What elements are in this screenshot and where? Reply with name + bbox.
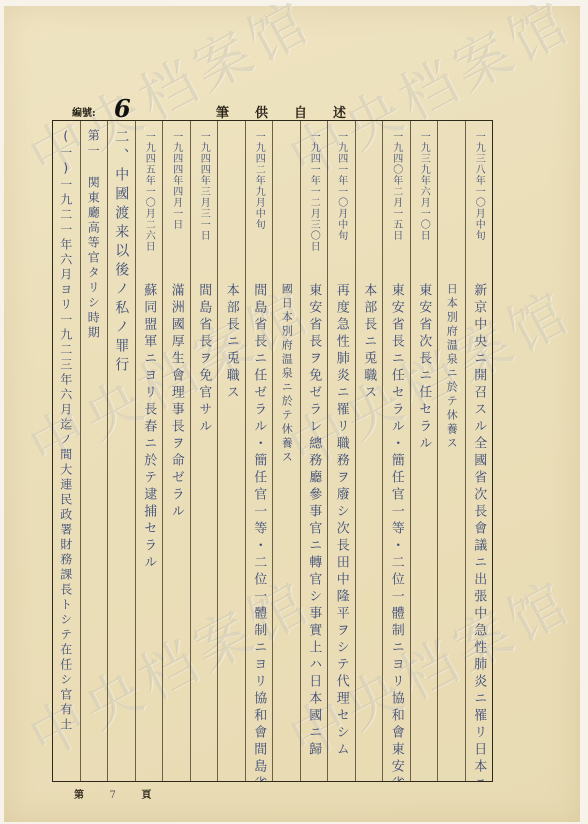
text-column: 日本別府温泉ニ於テ休養ス (437, 121, 465, 781)
document-header: 編號: 6 筆 供 自 述 (4, 98, 580, 122)
entry-text: 間島省長ニ任ゼラル・簡任官一等・二位一體制ニヨリ協和會間島省 (249, 283, 268, 781)
entry-date: 一九四一年一〇月中旬 (334, 131, 349, 241)
entry-text: 第一 関東廳高等官タリシ時期 (85, 129, 102, 341)
title-char: 供 (255, 102, 268, 121)
page-prefix: 第 (74, 786, 84, 801)
document-title: 筆 供 自 述 (216, 102, 346, 121)
entry-text: 蘇同盟軍ニヨリ長春ニ於テ逮捕セラル (139, 283, 158, 572)
text-column: 一九四五年一〇月二六日蘇同盟軍ニヨリ長春ニ於テ逮捕セラル (135, 121, 163, 781)
text-column: 一九四二年九月中旬間島省長ニ任ゼラル・簡任官一等・二位一體制ニヨリ協和會間島省 (245, 121, 273, 781)
entry-date: 一九四四年三月三一日 (196, 131, 211, 241)
page-footer: 第 7 頁 (74, 786, 173, 801)
title-char: 筆 (216, 102, 229, 121)
entry-date: 一九四四年四月一日 (169, 131, 184, 230)
entry-date: 一九四二年九月中旬 (251, 131, 266, 230)
entry-text: (一)一九二一年六月ヨリ一九二三年六月迄ノ間大連民政署財務課長トシテ在任シ官有土 (58, 129, 75, 733)
entry-date: 一九四五年一〇月二六日 (141, 131, 156, 252)
title-char: 述 (333, 102, 346, 121)
entry-text: 東安省次長ニ任セラル (414, 283, 433, 453)
text-column: 本部長ニ兎職ス (355, 121, 383, 781)
page-suffix: 頁 (141, 786, 151, 801)
page-number: 7 (109, 790, 115, 801)
entry-date: 一九三八年一〇月中旬 (471, 131, 486, 241)
entry-text: 本部長ニ兎職ス (359, 283, 378, 402)
entry-text: 本部長ニ兎職ス (222, 283, 241, 402)
section-heading: 二、中國渡来以後ノ私ノ罪行 (111, 129, 131, 376)
document-page: 中央档案馆 中央档案馆 中央档案馆 中央档案馆 中央档案馆 中央档案馆 編號: … (4, 6, 580, 822)
text-column: 第一 関東廳高等官タリシ時期 (80, 121, 108, 781)
entry-date: 一九四一年一二月三〇日 (306, 131, 321, 252)
entry-text: 日本別府温泉ニ於テ休養ス (443, 283, 459, 451)
entry-text: 再度急性肺炎ニ罹リ職務ヲ廢シ次長田中隆平ヲシテ代理セシム (332, 283, 351, 759)
entry-text: 東安省長ニ任セラル・簡任官一等・二位一體制ニヨリ協和會東安省 (387, 283, 406, 781)
ruled-writing-table: 一九三八年一〇月中旬新京中央ニ開召スル全國省次長會議ニ出張中急性肺炎ニ罹リ日本ニ… (52, 120, 493, 782)
text-column: 一九四四年四月一日滿洲國厚生會理事長ヲ命ゼラル (162, 121, 190, 781)
entry-text: 間島省長ヲ免官サル (194, 283, 213, 436)
text-column: 一九四四年三月三一日間島省長ヲ免官サル (190, 121, 218, 781)
text-column: 一九四一年一二月三〇日東安省長ヲ免ゼラレ總務廳參事官ニ轉官シ事實上ハ日本國ニ歸 (300, 121, 328, 781)
title-char: 自 (294, 102, 307, 121)
entry-text: 滿洲國厚生會理事長ヲ命ゼラル (167, 283, 186, 521)
entry-date: 一九四〇年二月一五日 (389, 131, 404, 241)
entry-date: 一九三九年六月一〇日 (416, 131, 431, 241)
text-column: 本部長ニ兎職ス (217, 121, 245, 781)
text-column: 一九四〇年二月一五日東安省長ニ任セラル・簡任官一等・二位一體制ニヨリ協和會東安省 (382, 121, 410, 781)
text-column: 一九三九年六月一〇日東安省次長ニ任セラル (410, 121, 438, 781)
text-column: 一九三八年一〇月中旬新京中央ニ開召スル全國省次長會議ニ出張中急性肺炎ニ罹リ日本ニ… (465, 121, 493, 781)
text-column: 一九四一年一〇月中旬再度急性肺炎ニ罹リ職務ヲ廢シ次長田中隆平ヲシテ代理セシム (327, 121, 355, 781)
serial-label: 編號: (72, 104, 96, 119)
text-column: 國日本別府温泉ニ於テ休養ス (272, 121, 300, 781)
text-column: 二、中國渡来以後ノ私ノ罪行 (107, 121, 135, 781)
serial-number: 6 (114, 94, 131, 123)
text-column: (一)一九二一年六月ヨリ一九二三年六月迄ノ間大連民政署財務課長トシテ在任シ官有土 (53, 121, 80, 781)
entry-text: 新京中央ニ開召スル全國省次長會議ニ出張中急性肺炎ニ罹リ日本ニ歸國 (469, 283, 488, 781)
entry-text: 東安省長ヲ免ゼラレ總務廳參事官ニ轉官シ事實上ハ日本國ニ歸 (304, 283, 323, 759)
entry-text: 國日本別府温泉ニ於テ休養ス (278, 283, 294, 465)
